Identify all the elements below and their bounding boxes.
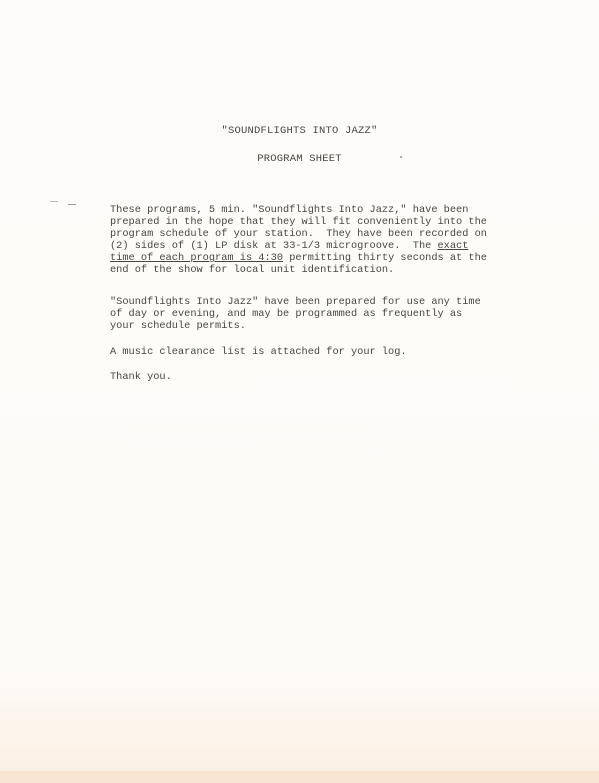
stray-mark [50,201,58,202]
text-line: of day or evening, and may be programmed… [110,308,462,320]
text-line: your schedule permits. [110,320,246,332]
paragraph-clearance: A music clearance list is attached for y… [110,346,500,358]
text-line: These programs, 5 min. "Soundflights Int… [110,204,468,216]
text-line: program schedule of your station. They h… [110,228,487,240]
paper-edge [0,771,599,783]
text-line: end of the show for local unit identific… [110,264,394,276]
text-line: prepared in the hope that they will fit … [110,216,487,228]
text-line: "Soundflights Into Jazz" have been prepa… [110,296,481,308]
paragraph-usage: "Soundflights Into Jazz" have been prepa… [110,296,500,332]
document-subtitle: PROGRAM SHEET [0,153,599,165]
paragraph-intro: These programs, 5 min. "Soundflights Int… [110,204,500,276]
stray-mark [68,204,76,205]
underlined-text: time of each program is 4:30 [110,252,283,264]
text-line: (2) sides of (1) LP disk at 33-1/3 micro… [110,240,438,252]
closing-line: Thank you. [110,371,500,383]
paper-page: "SOUNDFLIGHTS INTO JAZZ" PROGRAM SHEET T… [0,0,599,783]
text-line: permitting thirty seconds at the [283,252,487,264]
document-title: "SOUNDFLIGHTS INTO JAZZ" [0,125,599,137]
underlined-text: exact [438,240,469,252]
